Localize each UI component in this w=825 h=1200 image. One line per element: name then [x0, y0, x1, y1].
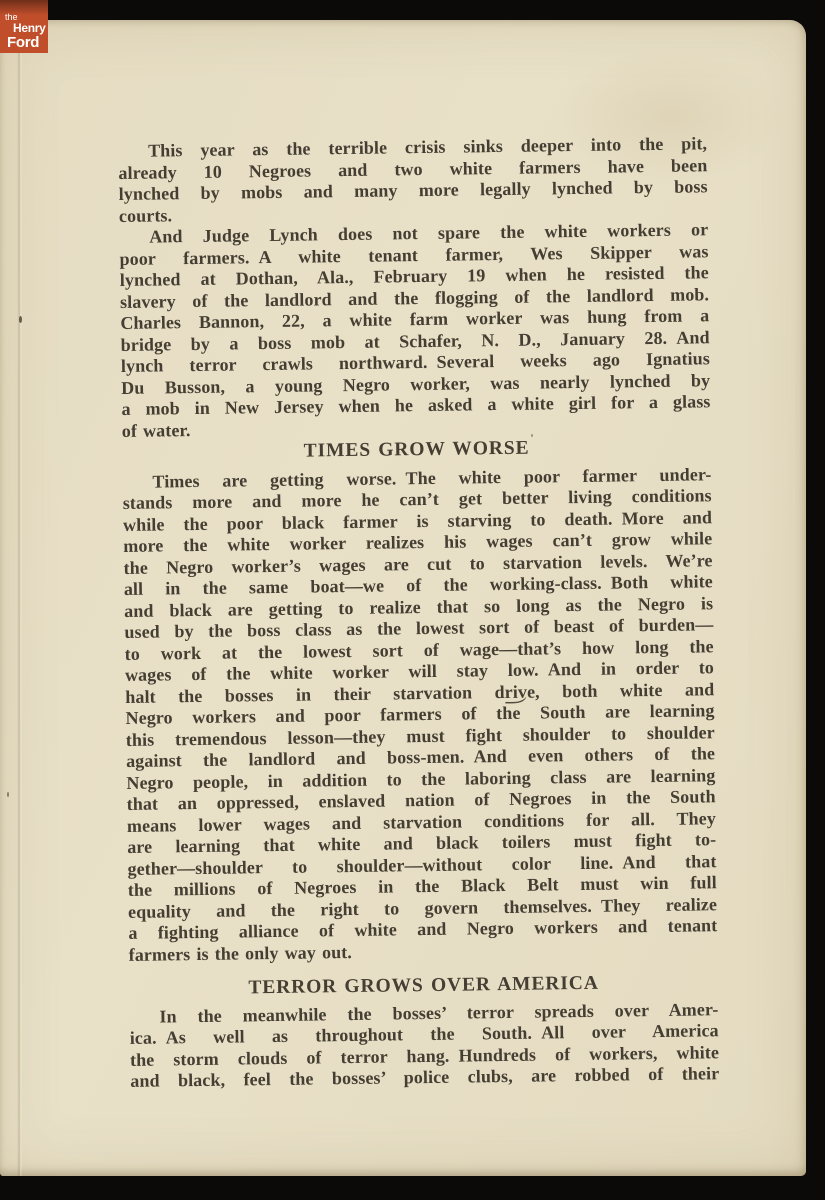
section-heading: TERROR GROWS OVER AMERICA: [129, 971, 718, 1000]
paragraph: Times are getting worse. The white poor …: [122, 464, 717, 966]
paragraph: In the meanwhile the bosses’ terror spre…: [129, 999, 719, 1093]
henry-ford-logo: the Henry Ford: [0, 0, 48, 53]
paragraph: And Judge Lynch does not spare the white…: [119, 219, 711, 442]
paper-speck: [7, 792, 9, 797]
document-page: This year as the terrible crisis sinks d…: [0, 20, 806, 1176]
logo-word-henry: Henry: [13, 21, 46, 35]
page-text: This year as the terrible crisis sinks d…: [118, 133, 719, 1092]
scan-background: This year as the terrible crisis sinks d…: [0, 0, 825, 1200]
logo-word-ford: Ford: [7, 34, 39, 51]
paragraph: This year as the terrible crisis sinks d…: [118, 133, 708, 227]
ink-underline-mark: riv: [505, 681, 528, 701]
paper-speck: [19, 316, 22, 323]
page-crease: [17, 20, 22, 1176]
